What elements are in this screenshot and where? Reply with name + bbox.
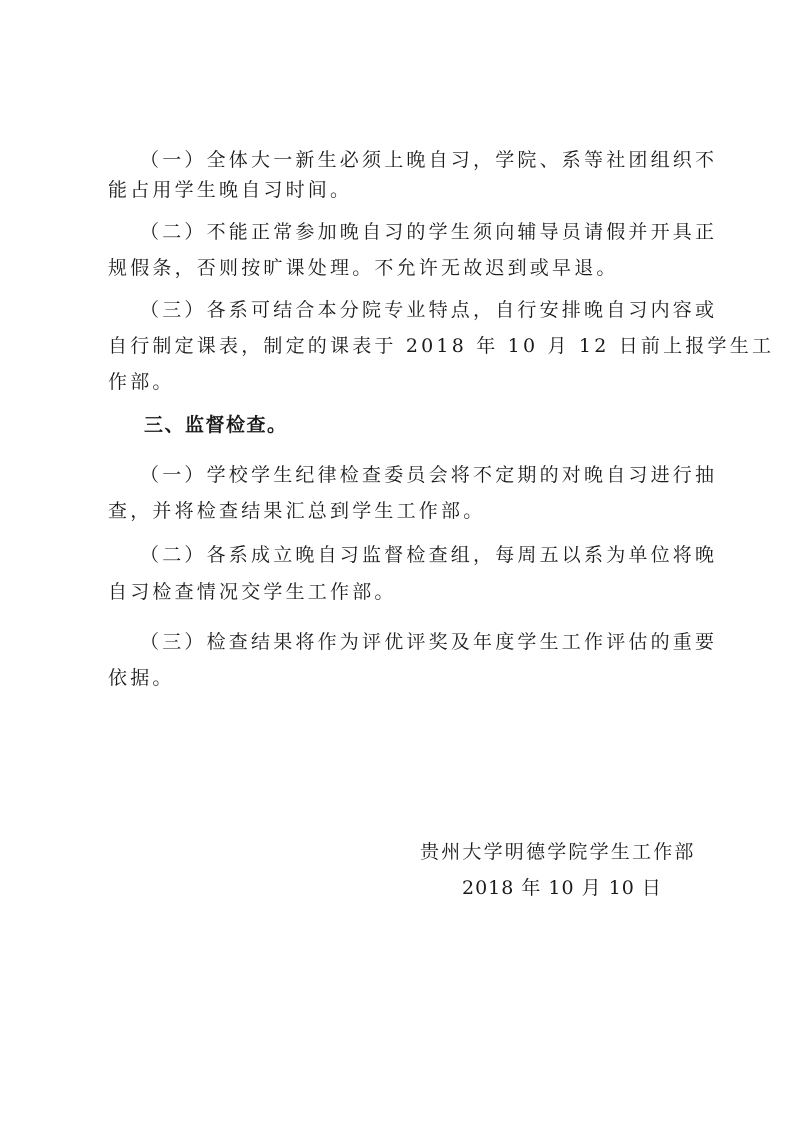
signature-date: 2018 年 10 月 10 日 — [462, 876, 662, 900]
paragraph-line: （一）全体大一新生必须上晚自习，学院、系等社团组织不 — [140, 148, 717, 172]
paragraph-line: （三）各系可结合本分院专业特点，自行安排晚自习内容或 — [140, 298, 717, 322]
paragraph-line: 作部。 — [108, 370, 175, 394]
paragraph-line: 自习检查情况交学生工作部。 — [108, 580, 397, 604]
paragraph-line: 查，并将检查结果汇总到学生工作部。 — [108, 499, 485, 523]
paragraph-line: 规假条，否则按旷课处理。不允许无故迟到或早退。 — [108, 256, 619, 280]
paragraph-line: （二）各系成立晚自习监督检查组，每周五以系为单位将晚 — [140, 543, 717, 567]
paragraph-line: 能占用学生晚自习时间。 — [108, 178, 352, 202]
paragraph-line: （三）检查结果将作为评优评奖及年度学生工作评估的重要 — [140, 630, 717, 654]
signature-organization: 贵州大学明德学院学生工作部 — [420, 840, 696, 864]
paragraph-line: （二）不能正常参加晚自习的学生须向辅导员请假并开具正 — [140, 220, 717, 244]
paragraph-line: 依据。 — [108, 666, 175, 690]
paragraph-line: （一）学校学生纪律检查委员会将不定期的对晚自习进行抽 — [140, 463, 717, 487]
section-heading: 三、监督检查。 — [144, 413, 288, 437]
paragraph-line: 自行制定课表，制定的课表于 2018 年 10 月 12 日前上报学生工 — [108, 334, 774, 358]
